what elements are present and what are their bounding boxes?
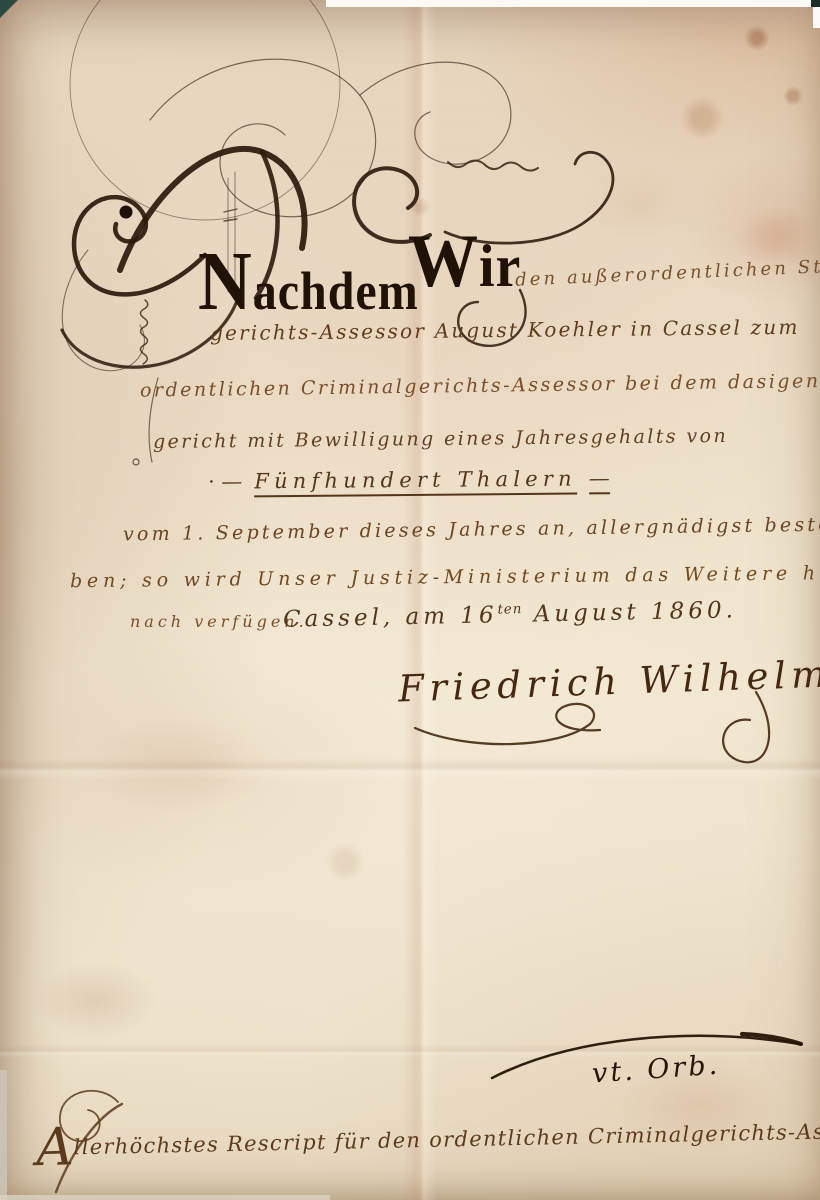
body-line-5: vom 1. September dieses Jahres an, aller… bbox=[123, 513, 820, 546]
docket-text: llerhöchstes Rescript für den ordentlich… bbox=[73, 1116, 820, 1159]
salary-lead-dash: · — bbox=[208, 469, 243, 493]
closing-phrase: nach verfügen. bbox=[130, 612, 308, 631]
dateline: Cassel, am 16ten August 1860. bbox=[283, 597, 737, 633]
body-line-4: gericht mit Bewilligung eines Jahresgeha… bbox=[153, 425, 728, 453]
horizontal-fold-crease bbox=[0, 758, 820, 780]
salary-amount: Fünfhundert Thalern bbox=[254, 467, 577, 498]
dateline-month-year: August 1860. bbox=[522, 597, 737, 627]
manuscript-page: Nachdem Wir den außerordentlichen Stadt-… bbox=[0, 0, 820, 1200]
heading-word-nachdem: Nachdem bbox=[198, 235, 419, 330]
scan-edge-strip-top bbox=[326, 0, 820, 7]
dateline-city-day: Cassel, am 16 bbox=[283, 602, 498, 632]
body-line-1: den außerordentlichen Stadt- bbox=[515, 254, 820, 291]
body-line-3: ordentlichen Criminalgerichts-Assessor b… bbox=[140, 368, 820, 401]
scan-edge-strip-bottomleft bbox=[0, 1070, 7, 1200]
body-line-2: gerichts-Assessor August Koehler in Cass… bbox=[210, 315, 800, 345]
scan-corner-artifact-topright bbox=[811, 0, 820, 7]
salary-trail-dash: — bbox=[589, 466, 610, 494]
docket-initial: A bbox=[35, 1117, 74, 1178]
scan-edge-strip-bottom bbox=[0, 1195, 330, 1200]
heading-word-wir: Wir bbox=[408, 219, 521, 305]
salary-line: · — Fünfhundert Thalern — bbox=[208, 466, 610, 494]
dateline-ordinal: ten bbox=[497, 602, 522, 618]
body-line-6: ben; so wird Unser Justiz-Ministerium da… bbox=[70, 562, 820, 592]
monarch-signature: Friedrich Wilhelm bbox=[397, 652, 820, 710]
vertical-fold-crease bbox=[403, 0, 437, 1200]
